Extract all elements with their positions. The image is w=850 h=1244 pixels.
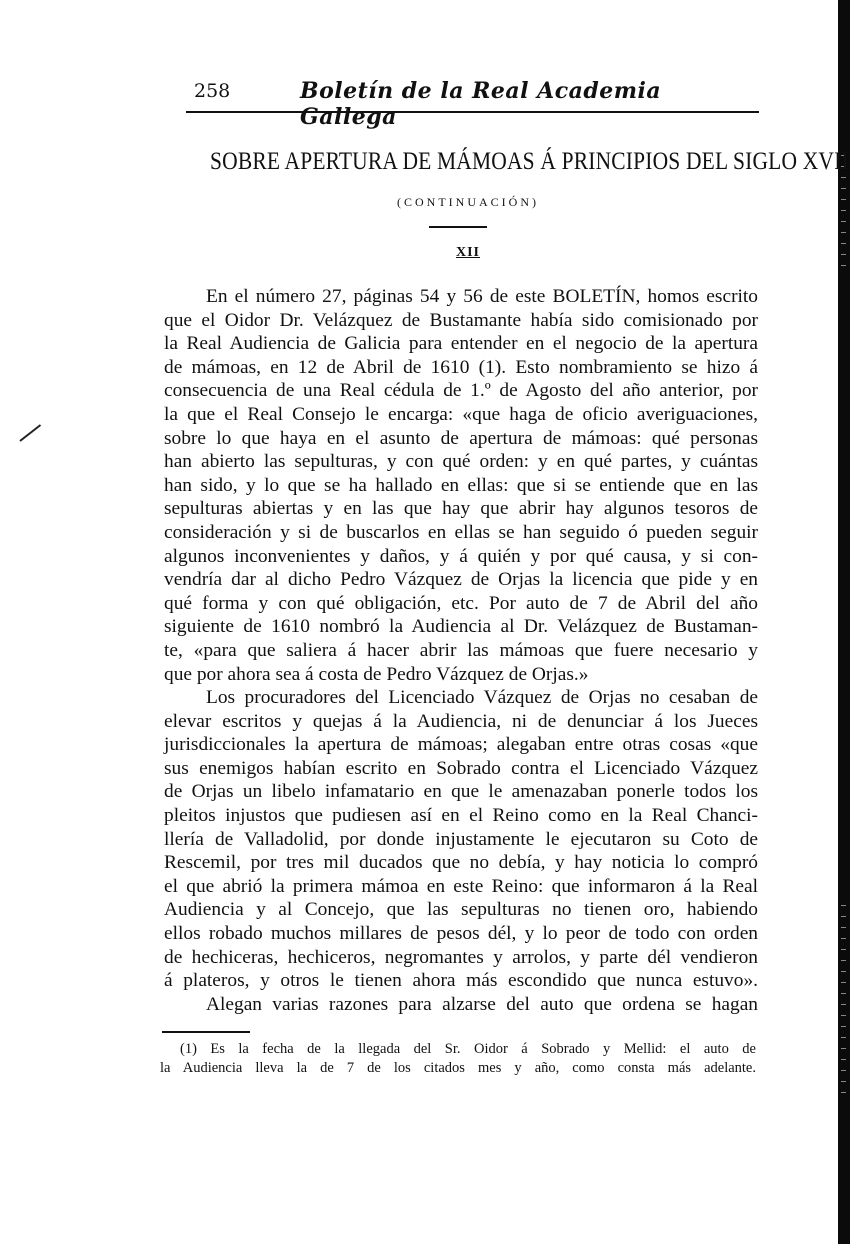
body-line: han sido, y lo que se ha hallado en ella… — [164, 474, 758, 498]
body-text: En el número 27, páginas 54 y 56 de este… — [164, 285, 758, 1016]
body-line: En el número 27, páginas 54 y 56 de este… — [164, 285, 758, 309]
scan-edge-shadow — [838, 0, 850, 1244]
body-line: consideración y si de buscarlos en ellas… — [164, 521, 758, 545]
body-line: sus enemigos habían escrito en Sobrado c… — [164, 757, 758, 781]
body-line: algunos inconvenientes y daños, y á quié… — [164, 545, 758, 569]
body-line: elevar escritos y quejas á la Audiencia,… — [164, 710, 758, 734]
body-line: de Orjas un libelo infamatario en que le… — [164, 780, 758, 804]
body-line: la Real Audiencia de Galicia para entend… — [164, 332, 758, 356]
header-rule — [186, 111, 759, 113]
body-line: vendría dar al dicho Pedro Vázquez de Or… — [164, 568, 758, 592]
body-line: que el Oidor Dr. Velázquez de Bustamante… — [164, 309, 758, 333]
running-head: 258 Boletín de la Real Academia Gallega — [190, 78, 760, 108]
body-line: ellos robado muchos millares de pesos dé… — [164, 922, 758, 946]
body-line: sepulturas abiertas y en las que hay que… — [164, 497, 758, 521]
body-line: Rescemil, por tres mil ducados que no de… — [164, 851, 758, 875]
section-number: XII — [168, 245, 768, 261]
body-line: sobre lo que haya en el asunto de apertu… — [164, 427, 758, 451]
scan-noise — [841, 900, 846, 1100]
body-line: de mámoas, en 12 de Abril de 1610 (1). E… — [164, 356, 758, 380]
body-line: pleitos injustos que pudiesen así en el … — [164, 804, 758, 828]
article-title: SOBRE APERTURA DE MÁMOAS Á PRINCIPIOS DE… — [210, 148, 726, 176]
page-number: 258 — [194, 80, 230, 102]
body-line: han abierto las sepulturas, y con qué or… — [164, 450, 758, 474]
body-line: llería de Valladolid, por donde injustam… — [164, 828, 758, 852]
body-line: Los procuradores del Licenciado Vázquez … — [164, 686, 758, 710]
title-rule — [429, 226, 487, 228]
body-line: la que el Real Consejo le encarga: «que … — [164, 403, 758, 427]
body-line: Alegan varias razones para alzarse del a… — [164, 993, 758, 1017]
body-line: siguiente de 1610 nombró la Audiencia al… — [164, 615, 758, 639]
scanned-page: 258 Boletín de la Real Academia Gallega … — [0, 0, 850, 1244]
journal-title: Boletín de la Real Academia Gallega — [300, 78, 760, 130]
body-line: consecuencia de una Real cédula de 1.º d… — [164, 379, 758, 403]
body-line: Audiencia y al Concejo, que las sepultur… — [164, 898, 758, 922]
footnote-line: la Audiencia lleva la de 7 de los citado… — [160, 1059, 756, 1078]
pencil-mark — [19, 424, 41, 442]
body-line: de hechiceras, hechiceros, negromantes y… — [164, 946, 758, 970]
body-line: jurisdiccionales la apertura de mámoas; … — [164, 733, 758, 757]
body-line: que por ahora sea á costa de Pedro Vázqu… — [164, 663, 758, 687]
footnotes: (1) Es la fecha de la llegada del Sr. Oi… — [160, 1040, 756, 1078]
body-line: el que abrió la primera mámoa en este Re… — [164, 875, 758, 899]
article-subtitle: (CONTINUACIÓN) — [168, 195, 768, 210]
body-line: á plateros, y otros le tienen ahora más … — [164, 969, 758, 993]
body-line: qué forma y con qué obligación, etc. Por… — [164, 592, 758, 616]
body-line: te, «para que saliera á hacer abrir las … — [164, 639, 758, 663]
footnote-line: (1) Es la fecha de la llegada del Sr. Oi… — [160, 1040, 756, 1059]
footnote-rule — [162, 1031, 250, 1033]
